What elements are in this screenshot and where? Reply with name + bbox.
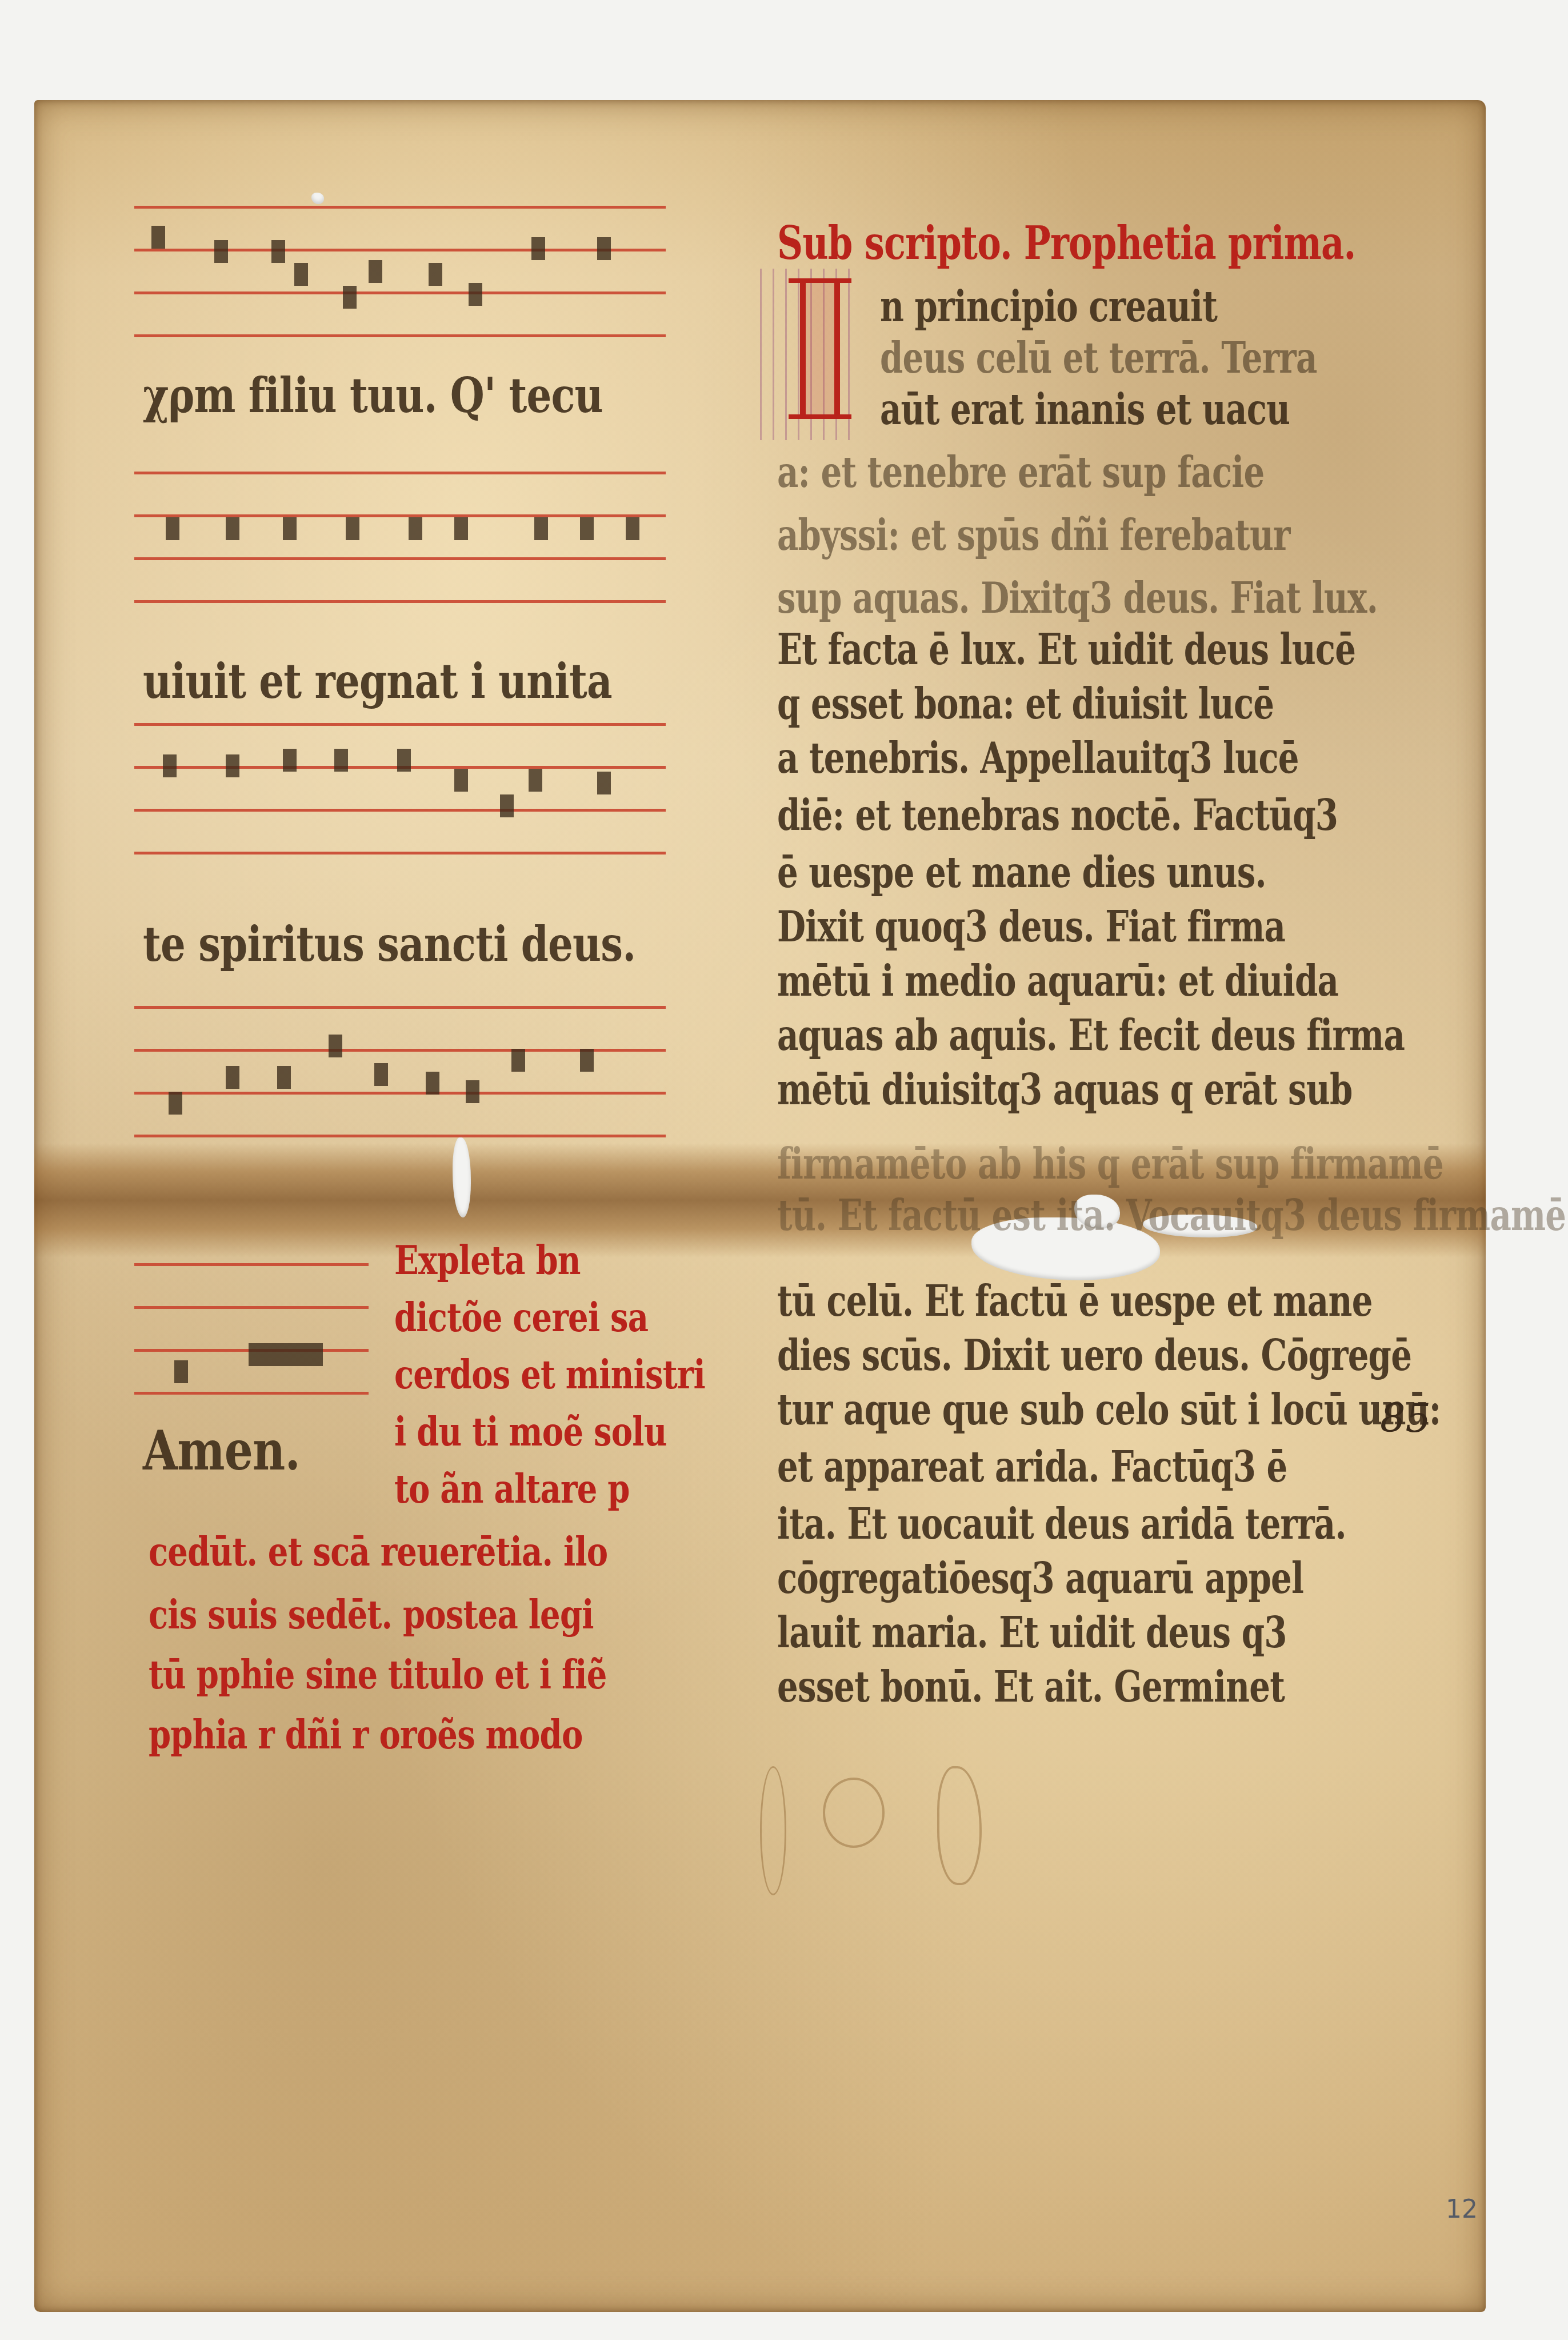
- chant-text-line: χρm filiu tuu. Q' tecu: [143, 372, 603, 420]
- text-line: a: et tenebre erāt sup facie: [777, 452, 1264, 494]
- rubric-line: cedūt. et scā reuerētia. ilo: [149, 1532, 607, 1572]
- text-line: abyssi: et spūs dñi ferebatur: [777, 514, 1290, 557]
- rubric-heading: Sub scripto. Prophetia prima.: [777, 220, 1356, 266]
- text-line: Et facta ē lux. Et uidit deus lucē: [777, 629, 1355, 671]
- text-line: mētū diuisitq3 aquas q erāt sub: [777, 1069, 1353, 1111]
- amen-text: Amen.: [143, 1423, 300, 1478]
- text-line: Dixit quoq3 deus. Fiat firma: [777, 906, 1285, 948]
- rubric-line: dictõe cerei sa: [394, 1297, 648, 1337]
- chant-text-line: uiuit et regnat i unita: [143, 657, 612, 705]
- folio-number-pencil: 12: [1446, 2195, 1478, 2224]
- rubric-line: tū pphie sine titulo et i fiẽ: [149, 1655, 607, 1695]
- rubric-line: i du ti moẽ solu: [394, 1412, 667, 1452]
- text-line: tū. Et factū est ita. Vocauitq3 deus fir…: [777, 1195, 1566, 1237]
- text-line: sup aquas. Dixitq3 deus. Fiat lux.: [777, 577, 1378, 620]
- music-staff-2: [134, 472, 666, 603]
- folio-number-ink: 85: [1380, 1395, 1431, 1441]
- damage-hole: [311, 193, 324, 204]
- rubric-line: cerdos et ministri: [394, 1355, 705, 1395]
- text-line: a tenebris. Appellauitq3 lucē: [777, 737, 1299, 780]
- text-line: cōgregatiōesq3 aquarū appel: [777, 1558, 1303, 1600]
- text-line: n principio creauit: [880, 286, 1217, 328]
- rubric-line: pphia r dñi r oroẽs modo: [149, 1715, 583, 1755]
- text-line: et appareat arida. Factūq3 ē: [777, 1446, 1287, 1488]
- rubric-line: cis suis sedēt. postea legi: [149, 1595, 594, 1635]
- text-line: firmamēto ab his q erāt sup firmamē: [777, 1143, 1443, 1185]
- chant-text-line: te spiritus sancti deus.: [143, 920, 635, 968]
- text-line: esset bonū. Et ait. Germinet: [777, 1666, 1285, 1708]
- text-line: deus celū et terrā. Terra: [880, 337, 1317, 380]
- text-line: tū celū. Et factū ē uespe et mane: [777, 1280, 1373, 1323]
- decorated-initial-I: [800, 283, 840, 414]
- music-staff-4: [134, 1006, 666, 1137]
- text-line: ē uespe et mane dies unus.: [777, 852, 1266, 894]
- text-line: mētū i medio aquarū: et diuida: [777, 960, 1338, 1003]
- rubric-line: to ãn altare p: [394, 1469, 630, 1509]
- text-line: dies scūs. Dixit uero deus. Cōgregē: [777, 1335, 1411, 1377]
- text-line: aūt erat inanis et uacu: [880, 389, 1290, 431]
- pen-trial-scribble: [760, 1766, 786, 1895]
- pen-trial-scribble: [823, 1778, 885, 1848]
- music-staff-5: [134, 1263, 369, 1395]
- music-staff-3: [134, 723, 666, 854]
- text-line: q esset bona: et diuisit lucē: [777, 683, 1274, 725]
- text-line: diē: et tenebras noctē. Factūq3: [777, 794, 1338, 837]
- text-line: ita. Et uocauit deus aridā terrā.: [777, 1503, 1346, 1546]
- text-line: aquas ab aquis. Et fecit deus firma: [777, 1015, 1405, 1057]
- text-line: tur aque que sub celo sūt i locū unū:: [777, 1389, 1441, 1431]
- rubric-line: Expleta bn: [394, 1240, 581, 1280]
- music-staff-1: [134, 206, 666, 337]
- text-line: lauit maria. Et uidit deus q3: [777, 1612, 1287, 1654]
